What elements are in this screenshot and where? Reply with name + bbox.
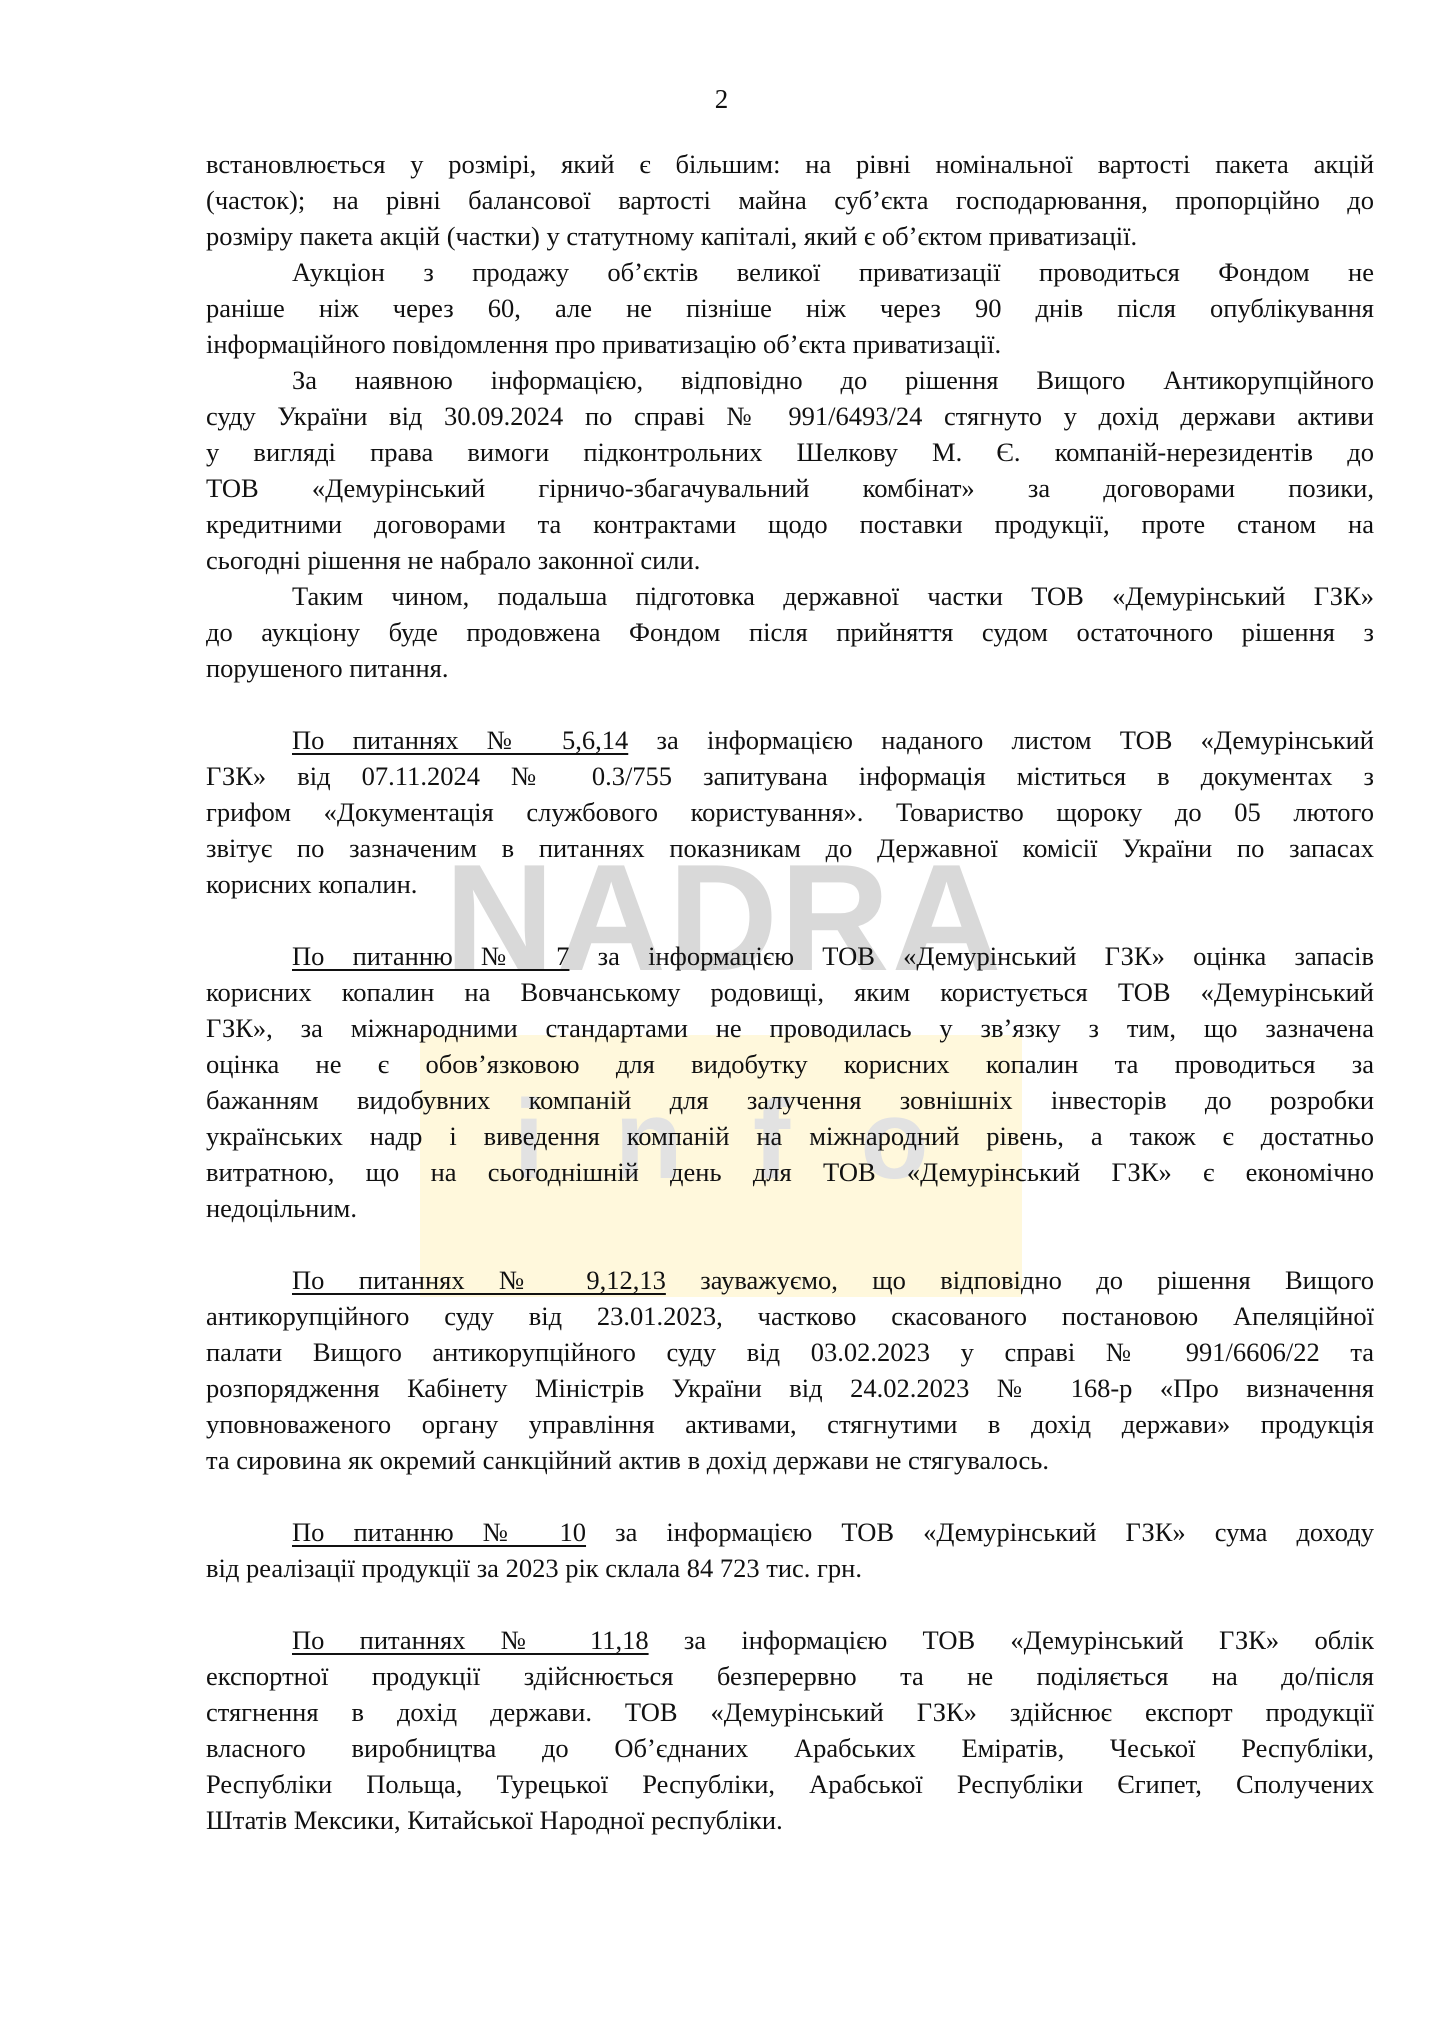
question-reference: По питанню № 10	[292, 1517, 586, 1547]
text-line: недоцільним.	[206, 1190, 1374, 1226]
paragraph-questions-5-6-14: По питаннях № 5,6,14 за інформацією нада…	[206, 722, 1374, 902]
text-line: бажанням видобувних компаній для залучен…	[206, 1082, 1374, 1118]
text-line: По питанню № 10 за інформацією ТОВ «Дему…	[206, 1514, 1374, 1550]
text-line: По питаннях № 11,18 за інформацією ТОВ «…	[206, 1622, 1374, 1658]
paragraph-questions-11-18: По питаннях № 11,18 за інформацією ТОВ «…	[206, 1622, 1374, 1838]
text-line: та сировина як окремий санкційний актив …	[206, 1442, 1374, 1478]
document-body: встановлюється у розмірі, який є більшим…	[206, 146, 1374, 1838]
text-line: уповноваженого органу управління активам…	[206, 1406, 1374, 1442]
text-line: звітує по зазначеним в питаннях показник…	[206, 830, 1374, 866]
text-line: суду України від 30.09.2024 по справі № …	[206, 398, 1374, 434]
paragraph-question-10: По питанню № 10 за інформацією ТОВ «Дему…	[206, 1514, 1374, 1586]
text-line: Аукціон з продажу об’єктів великої прива…	[206, 254, 1374, 290]
text-line: розміру пакета акцій (частки) у статутно…	[206, 218, 1374, 254]
text-line: українських надр і виведення компаній на…	[206, 1118, 1374, 1154]
text-line: По питанню № 7 за інформацією ТОВ «Демур…	[206, 938, 1374, 974]
text-line: розпорядження Кабінету Міністрів України…	[206, 1370, 1374, 1406]
paragraph-price: встановлюється у розмірі, який є більшим…	[206, 146, 1374, 254]
paragraph-questions-9-12-13: По питаннях № 9,12,13 зауважуємо, що від…	[206, 1262, 1374, 1478]
text-line: до аукціону буде продовжена Фондом після…	[206, 614, 1374, 650]
paragraph-auction: Аукціон з продажу об’єктів великої прива…	[206, 254, 1374, 362]
text-line: порушеного питання.	[206, 650, 1374, 686]
question-reference: По питаннях № 5,6,14	[292, 725, 628, 755]
question-reference: По питанню № 7	[292, 941, 569, 971]
text-line: Штатів Мексики, Китайської Народної респ…	[206, 1802, 1374, 1838]
paragraph-question-7: По питанню № 7 за інформацією ТОВ «Демур…	[206, 938, 1374, 1226]
text-line: корисних копалин на Вовчанському родовищ…	[206, 974, 1374, 1010]
text-line: Республіки Польща, Турецької Республіки,…	[206, 1766, 1374, 1802]
text-line: раніше ніж через 60, але не пізніше ніж …	[206, 290, 1374, 326]
text-line: По питаннях № 5,6,14 за інформацією нада…	[206, 722, 1374, 758]
text-line: грифом «Документація службового користув…	[206, 794, 1374, 830]
text-line: у вигляді права вимоги підконтрольних Ше…	[206, 434, 1374, 470]
text-line: сьогодні рішення не набрало законної сил…	[206, 542, 1374, 578]
question-reference: По питаннях № 11,18	[292, 1625, 649, 1655]
text-line: витратною, що на сьогоднішній день для Т…	[206, 1154, 1374, 1190]
text-line: Таким чином, подальша підготовка державн…	[206, 578, 1374, 614]
question-reference: По питаннях № 9,12,13	[292, 1265, 666, 1295]
text-line: стягнення в дохід держави. ТОВ «Демурінс…	[206, 1694, 1374, 1730]
text-line: (часток); на рівні балансової вартості м…	[206, 182, 1374, 218]
text-line: По питаннях № 9,12,13 зауважуємо, що від…	[206, 1262, 1374, 1298]
text-line: палати Вищого антикорупційного суду від …	[206, 1334, 1374, 1370]
paragraph-court-decision: За наявною інформацією, відповідно до рі…	[206, 362, 1374, 578]
text-line: експортної продукції здійснюється безпер…	[206, 1658, 1374, 1694]
text-line: кредитними договорами та контрактами щод…	[206, 506, 1374, 542]
text-line: За наявною інформацією, відповідно до рі…	[206, 362, 1374, 398]
text-line: від реалізації продукції за 2023 рік скл…	[206, 1550, 1374, 1586]
text-line: власного виробництва до Об’єднаних Арабс…	[206, 1730, 1374, 1766]
text-line: ТОВ «Демурінський гірничо-збагачувальний…	[206, 470, 1374, 506]
text-line: ГЗК» від 07.11.2024 № 0.3/755 запитувана…	[206, 758, 1374, 794]
text-line: інформаційного повідомлення про приватиз…	[206, 326, 1374, 362]
text-line: ГЗК», за міжнародними стандартами не про…	[206, 1010, 1374, 1046]
paragraph-preparation: Таким чином, подальша підготовка державн…	[206, 578, 1374, 686]
text-line: оцінка не є обов’язковою для видобутку к…	[206, 1046, 1374, 1082]
page-number: 2	[0, 84, 1443, 115]
text-line: корисних копалин.	[206, 866, 1374, 902]
text-line: антикорупційного суду від 23.01.2023, ча…	[206, 1298, 1374, 1334]
text-line: встановлюється у розмірі, який є більшим…	[206, 146, 1374, 182]
